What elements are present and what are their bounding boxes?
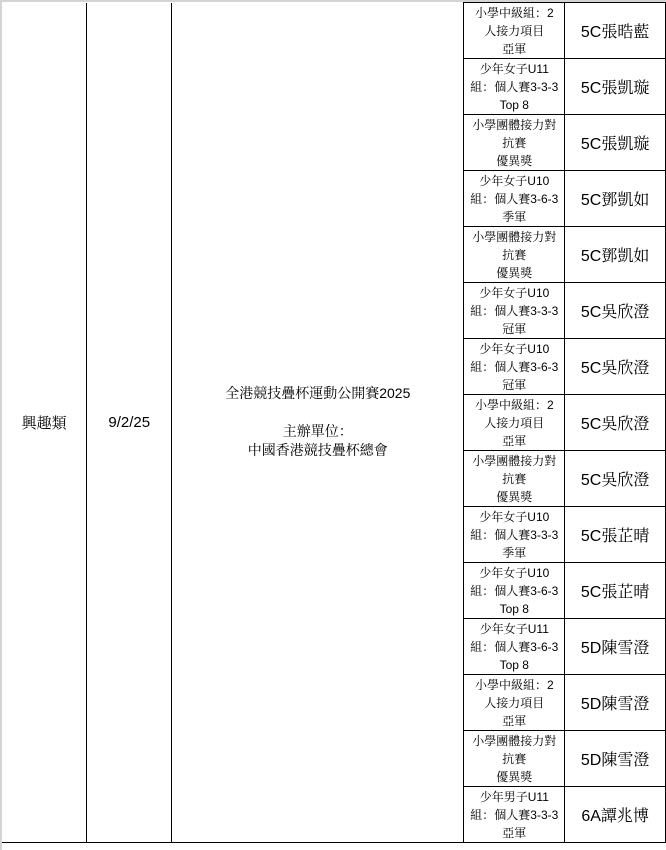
award-result: 冠軍 [464, 320, 564, 338]
student-name: 5C張芷晴 [581, 528, 649, 545]
award-line: 小學團體接力對 [464, 732, 564, 750]
award-cell[interactable]: 小學中級組：2 人接力項目 亞軍 [464, 3, 565, 59]
student-name: 5D陳雪澄 [581, 640, 649, 657]
student-cell[interactable]: 5C張凱璇 [565, 59, 666, 115]
event-spacer [172, 403, 463, 422]
award-cell[interactable]: 少年女子U10組：個人賽3-6-3冠軍 [464, 339, 565, 395]
student-cell[interactable]: 5C張芷晴 [565, 563, 666, 619]
award-result: Top 8 [464, 600, 564, 618]
award-cell[interactable]: 少年女子U10組：個人賽3-3-3季軍 [464, 507, 565, 563]
award-line: 少年女子U10 [464, 284, 564, 302]
award-cell[interactable]: 小學團體接力對抗賽優異獎 [464, 731, 565, 787]
award-line: 小學團體接力對 [464, 228, 564, 246]
student-name: 5C吳欣澄 [581, 472, 649, 489]
award-line: 組：個人賽3-6-3 [464, 190, 564, 208]
award-result: 優異獎 [464, 768, 564, 786]
award-cell[interactable]: 小學團體接力對抗賽優異獎 [464, 115, 565, 171]
award-cell[interactable]: 少年女子U10組：個人賽3-6-3季軍 [464, 171, 565, 227]
award-result: 優異獎 [464, 264, 564, 282]
award-cell[interactable]: 少年女子U11組：個人賽3-6-3Top 8 [464, 619, 565, 675]
award-cell[interactable]: 少年男子U11組：個人賽3-3-3亞軍 [464, 787, 565, 843]
student-cell[interactable]: 5D陳雪澄 [565, 675, 666, 731]
award-line: 組：個人賽3-3-3 [464, 302, 564, 320]
award-line: 抗賽 [464, 750, 564, 768]
award-cell[interactable]: 少年女子U11組：個人賽3-3-3Top 8 [464, 59, 565, 115]
student-cell[interactable]: 5C張芷晴 [565, 507, 666, 563]
category-label: 興趣類 [22, 415, 67, 432]
award-result: Top 8 [464, 96, 564, 114]
award-line: 人接力項目 [464, 22, 564, 40]
student-cell[interactable]: 5C張晧藍 [565, 3, 666, 59]
award-line: 少年女子U10 [464, 340, 564, 358]
student-cell[interactable]: 5C鄧凱如 [565, 227, 666, 283]
award-line: 人接力項目 [464, 414, 564, 432]
student-name: 5C吳欣澄 [581, 416, 649, 433]
award-result: 季軍 [464, 544, 564, 562]
award-line: 人接力項目 [464, 694, 564, 712]
award-result: 亞軍 [464, 712, 564, 730]
award-line: 少年女子U10 [464, 564, 564, 582]
award-line: 少年男子U11 [464, 788, 564, 806]
student-cell[interactable]: 5C吳欣澄 [565, 451, 666, 507]
award-cell[interactable]: 小學團體接力對抗賽優異獎 [464, 227, 565, 283]
award-line: 組：個人賽3-6-3 [464, 582, 564, 600]
event-cell[interactable]: 全港競技疊杯運動公開賽2025 主辦單位： 中國香港競技疊杯總會 [172, 3, 464, 843]
organizer-label: 主辦單位： [172, 422, 463, 441]
student-name: 5C張凱璇 [581, 80, 649, 97]
student-name: 5C鄧凱如 [581, 248, 649, 265]
award-cell[interactable]: 小學中級組：2人接力項目亞軍 [464, 675, 565, 731]
award-line: 組：個人賽3-3-3 [464, 806, 564, 824]
award-line: 組：個人賽3-3-3 [464, 526, 564, 544]
student-cell[interactable]: 5C吳欣澄 [565, 339, 666, 395]
award-line: 抗賽 [464, 470, 564, 488]
award-line: 小學中級組：2 [464, 396, 564, 414]
student-name: 6A譚兆博 [581, 808, 649, 825]
student-name: 5C張芷晴 [581, 584, 649, 601]
awards-table: 興趣類 9/2/25 全港競技疊杯運動公開賽2025 主辦單位： 中國香港競技疊… [2, 2, 666, 843]
award-line: 組：個人賽3-6-3 [464, 638, 564, 656]
award-line: 少年女子U10 [464, 508, 564, 526]
award-cell[interactable]: 少年女子U10組：個人賽3-6-3Top 8 [464, 563, 565, 619]
event-title: 全港競技疊杯運動公開賽2025 [172, 384, 463, 403]
student-cell[interactable]: 6A譚兆博 [565, 787, 666, 843]
award-result: 優異獎 [464, 152, 564, 170]
award-cell[interactable]: 少年女子U10組：個人賽3-3-3冠軍 [464, 283, 565, 339]
organizer-name: 中國香港競技疊杯總會 [172, 441, 463, 460]
award-result: 冠軍 [464, 376, 564, 394]
award-line: 少年女子U10 [464, 172, 564, 190]
student-name: 5C鄧凱如 [581, 192, 649, 209]
student-cell[interactable]: 5C吳欣澄 [565, 283, 666, 339]
student-name: 5D陳雪澄 [581, 696, 649, 713]
student-name: 5C張晧藍 [581, 24, 649, 41]
award-line: 少年女子U11 [464, 60, 564, 78]
award-line: 抗賽 [464, 134, 564, 152]
student-name: 5C張凱璇 [581, 136, 649, 153]
award-line: 組：個人賽3-6-3 [464, 358, 564, 376]
award-line: 小學中級組：2 [464, 4, 564, 22]
award-line: 小學團體接力對 [464, 116, 564, 134]
student-cell[interactable]: 5D陳雪澄 [565, 731, 666, 787]
table-row: 興趣類 9/2/25 全港競技疊杯運動公開賽2025 主辦單位： 中國香港競技疊… [2, 3, 666, 59]
date-cell[interactable]: 9/2/25 [87, 3, 172, 843]
award-result: 亞軍 [464, 824, 564, 842]
award-line: 少年女子U11 [464, 620, 564, 638]
award-result: Top 8 [464, 656, 564, 674]
student-cell[interactable]: 5D陳雪澄 [565, 619, 666, 675]
award-line: 抗賽 [464, 246, 564, 264]
award-result: 季軍 [464, 208, 564, 226]
spreadsheet-view: 興趣類 9/2/25 全港競技疊杯運動公開賽2025 主辦單位： 中國香港競技疊… [0, 0, 666, 850]
student-cell[interactable]: 5C鄧凱如 [565, 171, 666, 227]
award-result: 優異獎 [464, 488, 564, 506]
student-cell[interactable]: 5C張凱璇 [565, 115, 666, 171]
award-cell[interactable]: 小學團體接力對抗賽優異獎 [464, 451, 565, 507]
award-result: 亞軍 [464, 40, 564, 58]
award-line: 組：個人賽3-3-3 [464, 78, 564, 96]
date-label: 9/2/25 [108, 414, 150, 431]
award-line: 小學團體接力對 [464, 452, 564, 470]
award-cell[interactable]: 小學中級組：2人接力項目亞軍 [464, 395, 565, 451]
student-name: 5C吳欣澄 [581, 360, 649, 377]
award-line: 小學中級組：2 [464, 676, 564, 694]
student-name: 5D陳雪澄 [581, 752, 649, 769]
category-cell[interactable]: 興趣類 [2, 3, 87, 843]
award-result: 亞軍 [464, 432, 564, 450]
student-cell[interactable]: 5C吳欣澄 [565, 395, 666, 451]
student-name: 5C吳欣澄 [581, 304, 649, 321]
